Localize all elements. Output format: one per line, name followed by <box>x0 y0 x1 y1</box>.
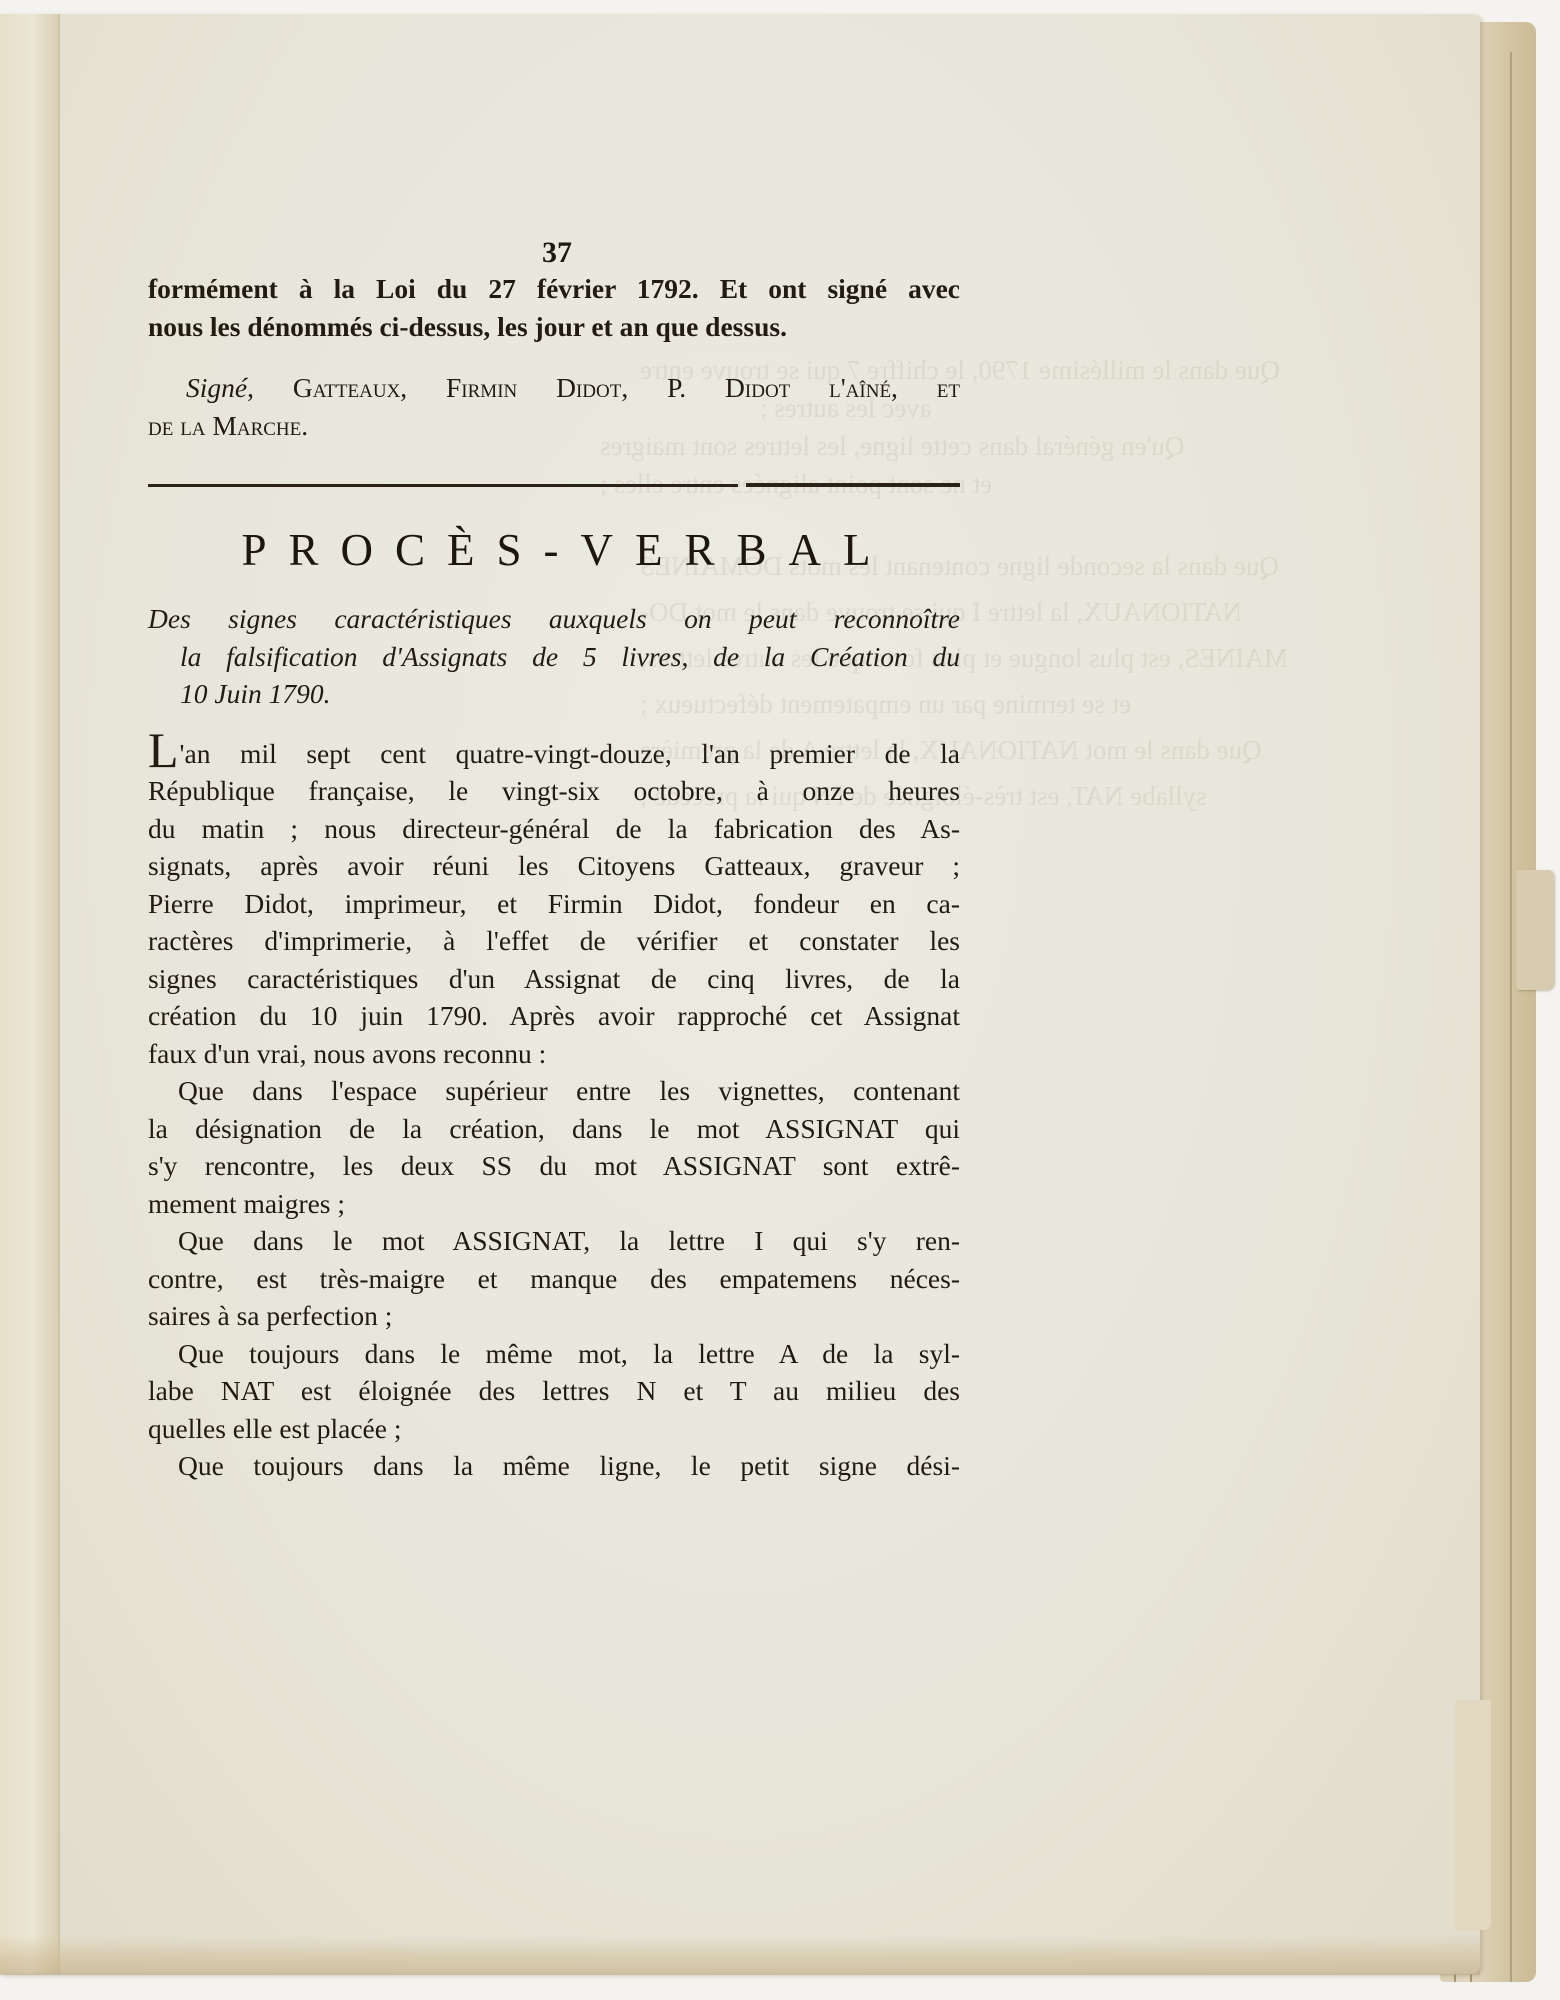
text-line: signats, après avoir réuni les Citoyens … <box>148 847 960 885</box>
text-line: L'an mil sept cent quatre-vingt-douze, l… <box>148 735 960 773</box>
leaf-edge-line <box>1510 52 1512 1982</box>
text-line: Que dans l'espace supérieur entre les vi… <box>148 1072 960 1110</box>
text-line: quelles elle est placée ; <box>148 1410 960 1448</box>
subtitle-line: la falsification d'Assignats de 5 livres… <box>148 638 960 676</box>
rule-segment <box>148 484 738 487</box>
section-divider-rule <box>148 484 960 488</box>
text-line: création du 10 juin 1790. Après avoir ra… <box>148 997 960 1035</box>
text-line: contre, est très-maigre et manque des em… <box>148 1260 960 1298</box>
body-paragraph-2: Que dans l'espace supérieur entre les vi… <box>148 1072 960 1222</box>
subtitle-line: Des signes caractéristiques auxquels on … <box>148 600 960 638</box>
text-line: faux d'un vrai, nous avons reconnu : <box>148 1035 960 1073</box>
signature-line: Signé, Gatteaux, Firmin Didot, P. Didot … <box>148 369 960 407</box>
text-line: ractères d'imprimerie, à l'effet de véri… <box>148 922 960 960</box>
text-line: la désignation de la création, dans le m… <box>148 1110 960 1148</box>
text-line: Que dans le mot ASSIGNAT, la lettre I qu… <box>148 1222 960 1260</box>
text-line: formément à la Loi du 27 février 1792. E… <box>148 270 960 308</box>
drop-cap: L <box>148 722 179 778</box>
text-line: saires à sa perfection ; <box>148 1297 960 1335</box>
subtitle-line: 10 Juin 1790. <box>148 675 960 713</box>
text-line: s'y rencontre, les deux SS du mot ASSIGN… <box>148 1147 960 1185</box>
body-paragraph-3: Que dans le mot ASSIGNAT, la lettre I qu… <box>148 1222 960 1335</box>
bottom-edge-stain <box>0 1935 1480 1975</box>
folded-corner <box>1455 1700 1491 1930</box>
text-block: 37 formément à la Loi du 27 février 1792… <box>148 238 960 1485</box>
body-paragraph-4: Que toujours dans le même mot, la lettre… <box>148 1335 960 1448</box>
body-paragraph-1: L'an mil sept cent quatre-vingt-douze, l… <box>148 735 960 1073</box>
signatory-names: , Gatteaux, Firmin Didot, P. Didot l'aîn… <box>247 372 960 403</box>
page-number: 37 <box>154 238 960 270</box>
text-line: nous les dénommés ci-dessus, les jour et… <box>148 308 960 346</box>
text-line: Que toujours dans le même mot, la lettre… <box>148 1335 960 1373</box>
text-line: signes caractéristiques d'un Assignat de… <box>148 960 960 998</box>
text-line: mement maigres ; <box>148 1185 960 1223</box>
signatures: Signé, Gatteaux, Firmin Didot, P. Didot … <box>148 369 960 444</box>
line-text: 'an mil sept cent quatre-vingt-douze, l'… <box>180 738 960 769</box>
rule-segment <box>746 483 960 487</box>
preceding-paragraph: formément à la Loi du 27 février 1792. E… <box>148 270 960 345</box>
signed-label: Signé <box>186 372 247 403</box>
text-line: du matin ; nous directeur-général de la … <box>148 810 960 848</box>
text-line: Que toujours dans la même ligne, le peti… <box>148 1447 960 1485</box>
protruding-leaf-tab <box>1516 870 1554 990</box>
text-line: République française, le vingt-six octob… <box>148 772 960 810</box>
signature-line: de la Marche. <box>148 407 960 445</box>
section-subtitle: Des signes caractéristiques auxquels on … <box>148 600 960 713</box>
text-line: labe NAT est éloignée des lettres N et T… <box>148 1372 960 1410</box>
text-line: Pierre Didot, imprimeur, et Firmin Didot… <box>148 885 960 923</box>
binding-gutter <box>0 14 60 1974</box>
section-title: PROCÈS-VERBAL <box>148 522 960 578</box>
body-paragraph-5: Que toujours dans la même ligne, le peti… <box>148 1447 960 1485</box>
